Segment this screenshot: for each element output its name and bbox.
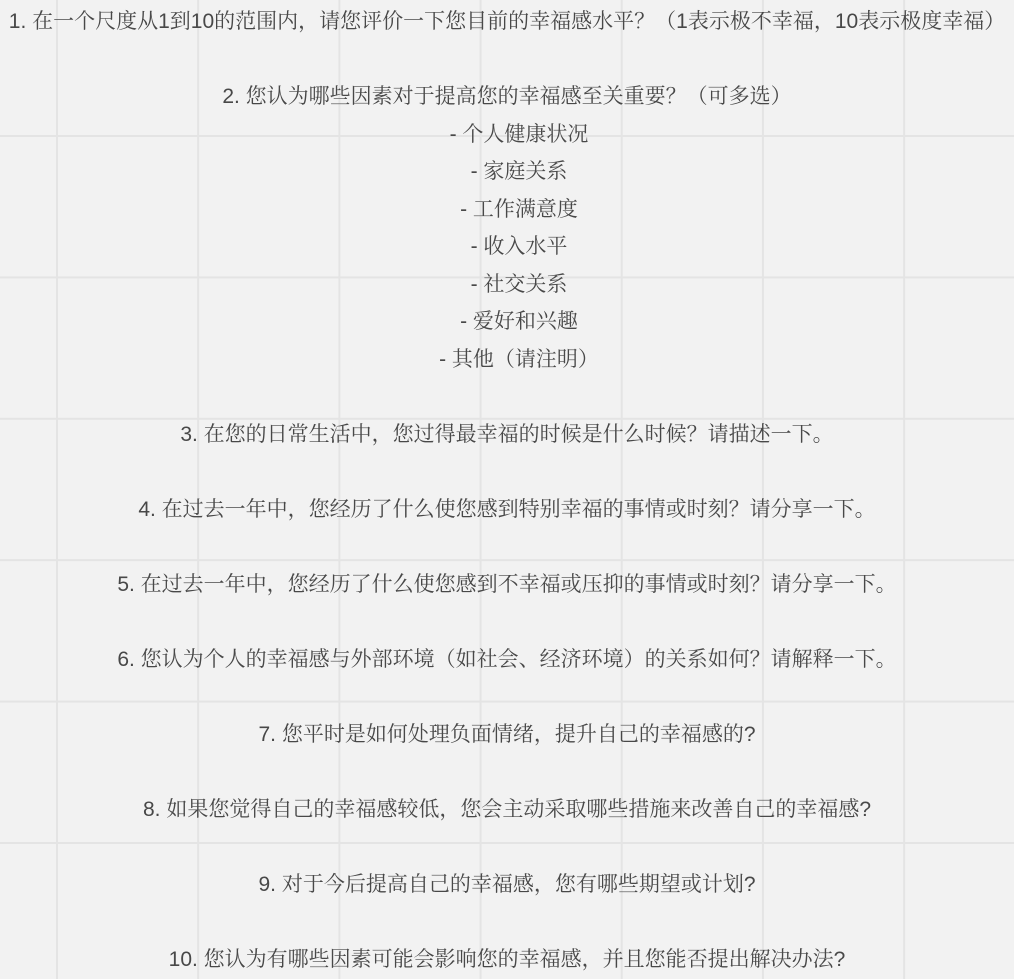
spacer <box>0 378 1014 416</box>
question-2-option-income: - 收入水平 <box>12 228 1014 266</box>
question-10: 10. 您认为有哪些因素可能会影响您的幸福感，并且您能否提出解决办法? <box>0 941 1014 979</box>
question-2-option-work: - 工作满意度 <box>12 191 1014 229</box>
question-2-option-family: - 家庭关系 <box>12 153 1014 191</box>
spacer <box>0 603 1014 641</box>
survey-document: 1. 在一个尺度从1到10的范围内，请您评价一下您目前的幸福感水平？（1表示极不… <box>0 0 1014 979</box>
question-9: 9. 对于今后提高自己的幸福感，您有哪些期望或计划? <box>0 866 1014 904</box>
question-2-option-hobby: - 爱好和兴趣 <box>12 303 1014 341</box>
spacer <box>0 453 1014 491</box>
question-4: 4. 在过去一年中，您经历了什么使您感到特别幸福的事情或时刻？请分享一下。 <box>0 491 1014 529</box>
question-2-option-social: - 社交关系 <box>12 266 1014 304</box>
question-7: 7. 您平时是如何处理负面情绪，提升自己的幸福感的? <box>0 716 1014 754</box>
question-6: 6. 您认为个人的幸福感与外部环境（如社会、经济环境）的关系如何？请解释一下。 <box>0 641 1014 679</box>
question-2-option-other: - 其他（请注明） <box>12 341 1014 379</box>
spacer <box>0 828 1014 866</box>
spacer <box>0 903 1014 941</box>
spacer <box>0 753 1014 791</box>
question-8: 8. 如果您觉得自己的幸福感较低，您会主动采取哪些措施来改善自己的幸福感? <box>0 791 1014 829</box>
question-3: 3. 在您的日常生活中，您过得最幸福的时候是什么时候？请描述一下。 <box>0 416 1014 454</box>
question-5: 5. 在过去一年中，您经历了什么使您感到不幸福或压抑的事情或时刻？请分享一下。 <box>0 566 1014 604</box>
question-2: 2. 您认为哪些因素对于提高您的幸福感至关重要？（可多选） <box>0 78 1014 116</box>
spacer <box>0 678 1014 716</box>
question-1: 1. 在一个尺度从1到10的范围内，请您评价一下您目前的幸福感水平？（1表示极不… <box>0 3 1014 41</box>
spacer <box>0 41 1014 79</box>
question-2-option-health: - 个人健康状况 <box>12 116 1014 154</box>
spacer <box>0 528 1014 566</box>
